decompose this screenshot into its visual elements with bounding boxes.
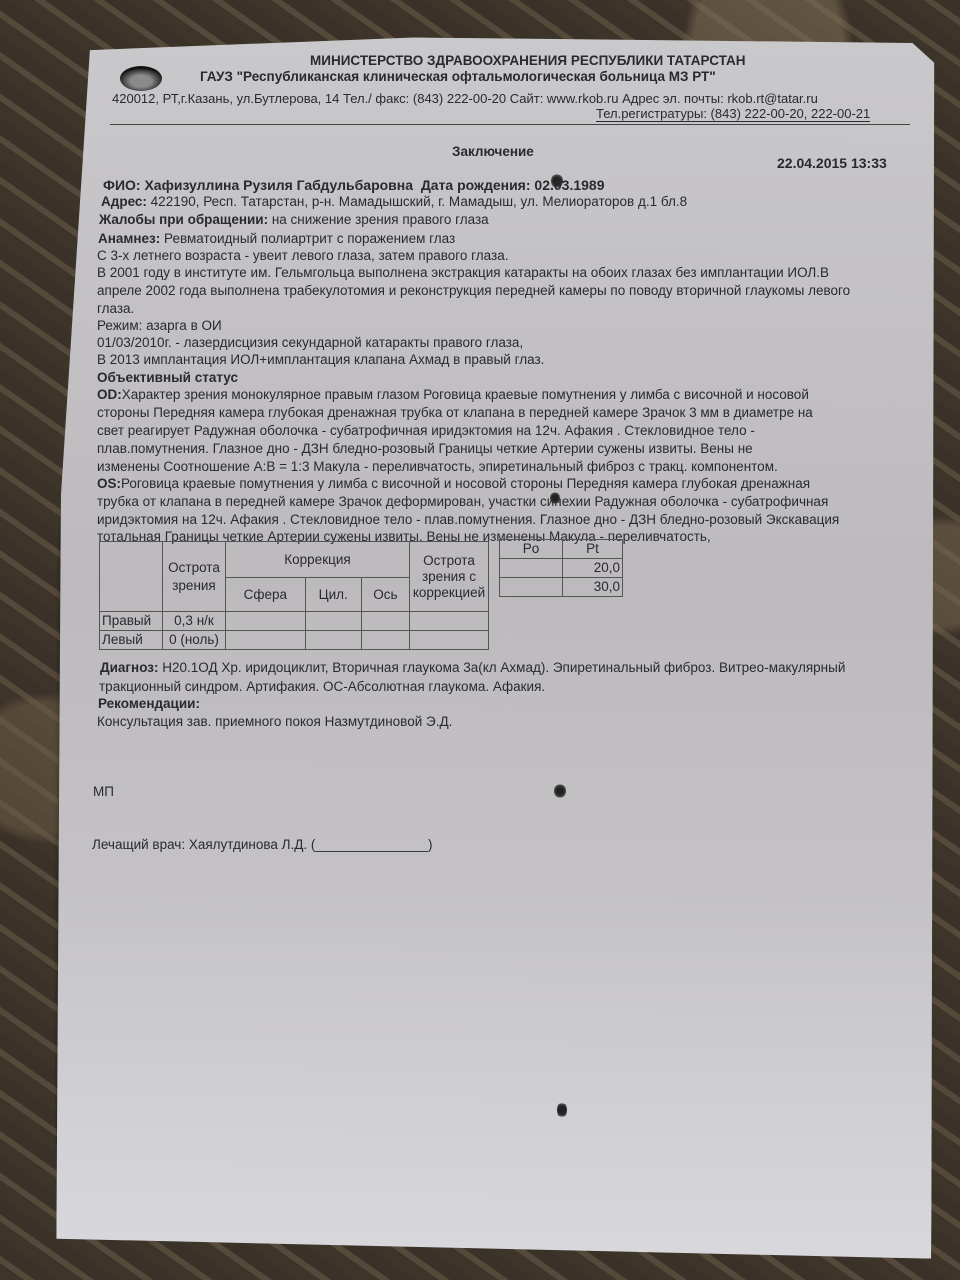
od-text: Характер зрения монокулярное правым глаз… — [122, 387, 809, 402]
medical-conclusion-document: МИНИСТЕРСТВО ЗДРАВООХРАНЕНИЯ РЕСПУБЛИКИ … — [0, 0, 960, 1280]
objective-status-heading: Объективный статус — [97, 370, 238, 385]
corrected-acuity-header: Острота зрения с коррекцией — [410, 542, 489, 612]
sphere-cell — [226, 612, 306, 631]
table-row: 30,0 — [500, 578, 623, 597]
cyl-header: Цил. — [305, 578, 361, 612]
pt-cell: 20,0 — [563, 559, 623, 578]
acuity-cell: 0,3 н/к — [163, 612, 226, 631]
empty-header-cell — [100, 542, 163, 612]
os-line: трубка от клапана в передней камере Зрач… — [97, 494, 828, 509]
od-line: стороны Передняя камера глубокая дренажн… — [97, 405, 813, 420]
anamnesis-line: апреле 2002 года выполнена трабекулотоми… — [97, 283, 850, 298]
correction-header: Коррекция — [226, 542, 410, 578]
anamnesis-label: Анамнез: — [98, 231, 160, 246]
acuity-header: Острота зрения — [163, 542, 226, 612]
punch-hole — [557, 1102, 567, 1118]
eye-cell: Левый — [100, 631, 163, 650]
anamnesis-line: В 2001 году в институте им. Гельмгольца … — [97, 265, 829, 280]
stamp-label: МП — [93, 784, 114, 799]
acuity-cell: 0 (ноль) — [163, 631, 226, 650]
patient-dob: 02.03.1989 — [534, 177, 604, 193]
po-header: Po — [500, 540, 563, 559]
anamnesis-line: В 2013 имплантация ИОЛ+имплантация клапа… — [97, 352, 544, 367]
po-cell — [500, 559, 563, 578]
diagnosis-label: Диагноз: — [100, 660, 158, 675]
recommendations-heading: Рекомендации: — [98, 696, 200, 711]
corrected-cell — [410, 631, 489, 650]
od-label: OD: — [97, 387, 122, 402]
address-line: Адрес: 422190, Респ. Татарстан, р-н. Мам… — [101, 194, 687, 209]
eye-icon — [120, 66, 162, 91]
doctor-signature-line: Лечащий врач: Хаялутдинова Л.Д. (_______… — [92, 837, 433, 852]
axis-header: Ось — [361, 578, 409, 612]
anamnesis-line: Режим: азарга в ОИ — [97, 318, 222, 333]
table-row: Правый 0,3 н/к — [100, 612, 489, 631]
diagnosis-text: H20.1ОД Хр. иридоциклит, Вторичная глаук… — [162, 660, 845, 675]
diagnosis-line: тракционный синдром. Артифакия. ОС-Абсол… — [99, 679, 545, 694]
institution-title: ГАУЗ "Республиканская клиническая офталь… — [200, 69, 716, 84]
recommendations-text: Консультация зав. приемного покоя Назмут… — [97, 714, 452, 729]
anamnesis-line: Анамнез: Ревматоидный полиартрит с пораж… — [98, 231, 455, 246]
fio-label: ФИО: — [103, 177, 141, 193]
document-datetime: 22.04.2015 13:33 — [777, 155, 887, 171]
axis-cell — [361, 631, 409, 650]
anamnesis-line: глаза. — [97, 301, 134, 316]
address-label: Адрес: — [101, 194, 147, 209]
header-divider — [110, 124, 910, 125]
eye-cell: Правый — [100, 612, 163, 631]
table-row: 20,0 — [500, 559, 623, 578]
visual-acuity-table: Острота зрения Коррекция Острота зрения … — [99, 541, 489, 650]
os-line: OS:Роговица краевые помутнения у лимба с… — [97, 476, 810, 491]
corrected-cell — [410, 612, 489, 631]
table-row: Левый 0 (ноль) — [100, 631, 489, 650]
sphere-header: Сфера — [226, 578, 306, 612]
sphere-cell — [226, 631, 306, 650]
anamnesis-line: 01/03/2010г. - лазердисцизия секундарной… — [97, 335, 523, 350]
od-line: плав.помутнения. Глазное дно - ДЗН бледн… — [97, 441, 753, 456]
os-text: Роговица краевые помутнения у лимба с ви… — [121, 476, 810, 491]
axis-cell — [361, 612, 409, 631]
patient-address: 422190, Респ. Татарстан, р-н. Мамадышски… — [151, 194, 687, 209]
punch-hole — [554, 784, 566, 798]
patient-name: Хафизуллина Рузиля Габдульбаровна — [144, 177, 413, 193]
po-cell — [500, 578, 563, 597]
institution-contacts: 420012, РТ,г.Казань, ул.Бутлерова, 14 Те… — [112, 91, 818, 106]
complaints-line: Жалобы при обращении: на снижение зрения… — [99, 212, 489, 227]
os-line: иридэктомия на 12ч. Афакия . Стекловидно… — [97, 512, 839, 527]
pressure-table: Po Pt 20,0 30,0 — [499, 539, 623, 597]
os-label: OS: — [97, 476, 121, 491]
od-line: свет реагирует Радужная оболочка - субат… — [97, 423, 755, 438]
diagnosis-line: Диагноз: H20.1ОД Хр. иридоциклит, Вторич… — [100, 660, 845, 675]
od-line: OD:Характер зрения монокулярное правым г… — [97, 387, 809, 402]
ministry-title: МИНИСТЕРСТВО ЗДРАВООХРАНЕНИЯ РЕСПУБЛИКИ … — [310, 53, 746, 68]
pt-header: Pt — [563, 540, 623, 559]
anamnesis-text: Ревматоидный полиартрит с поражением гла… — [164, 231, 455, 246]
cyl-cell — [305, 612, 361, 631]
document-title: Заключение — [452, 144, 534, 159]
complaints-text: на снижение зрения правого глаза — [272, 212, 489, 227]
patient-line: ФИО: Хафизуллина Рузиля Габдульбаровна Д… — [103, 177, 604, 193]
anamnesis-line: С 3-х летнего возраста - увеит левого гл… — [97, 248, 508, 263]
dob-label: Дата рождения: — [421, 177, 531, 193]
complaints-label: Жалобы при обращении: — [99, 212, 268, 227]
od-line: изменены Соотношение А:В = 1:3 Макула - … — [97, 459, 778, 474]
cyl-cell — [305, 631, 361, 650]
pt-cell: 30,0 — [563, 578, 623, 597]
registry-phone: Тел.регистратуры: (843) 222-00-20, 222-0… — [596, 106, 870, 122]
